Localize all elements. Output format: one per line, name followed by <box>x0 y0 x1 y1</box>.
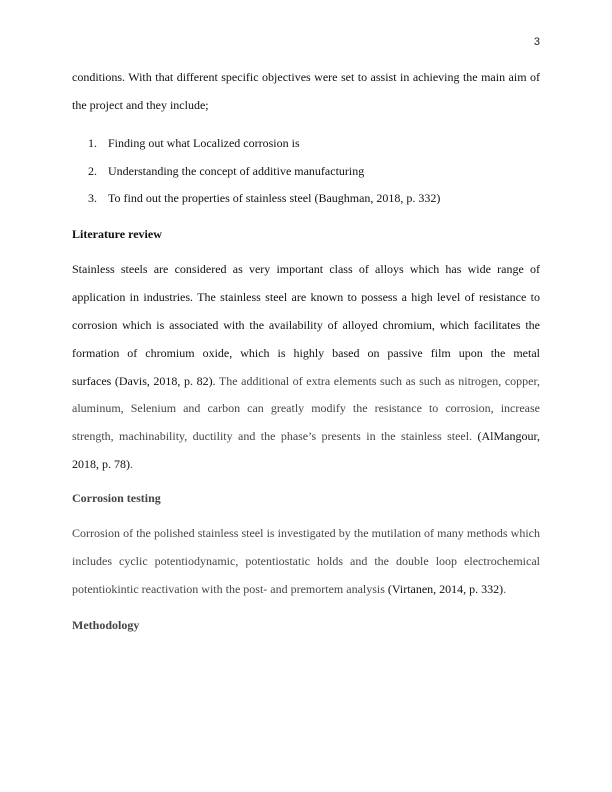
lit-line-2: application in industries. The stainless… <box>72 290 540 304</box>
list-number: 3. <box>88 191 108 205</box>
objective-item-3: 3.To find out the properties of stainles… <box>88 191 440 205</box>
methodology-heading: Methodology <box>72 618 540 632</box>
intro-line-1: conditions. With that different specific… <box>72 70 540 84</box>
intro-line-2: the project and they include; <box>72 98 540 112</box>
list-text: Understanding the concept of additive ma… <box>108 164 364 178</box>
objective-item-2: 2.Understanding the concept of additive … <box>88 164 364 178</box>
list-number: 1. <box>88 136 108 150</box>
lit-line-1: Stainless steels are considered as very … <box>72 262 540 276</box>
list-text: To find out the properties of stainless … <box>108 191 440 205</box>
lit-line-5: surfaces (Davis, 2018, p. 82). The addit… <box>72 374 540 388</box>
lit-line-6: aluminum, Selenium and carbon can greatl… <box>72 401 540 415</box>
citation-almangour: (AlMangour, <box>472 429 540 443</box>
ct-line-3: potentiokintic reactivation with the pos… <box>72 582 540 596</box>
period: . <box>503 582 506 596</box>
ct-line-3-text: potentiokintic reactivation with the pos… <box>72 582 388 596</box>
lit-line-8: 2018, p. 78). <box>72 457 540 471</box>
objective-item-1: 1.Finding out what Localized corrosion i… <box>88 136 300 150</box>
document-page: 3 conditions. With that different specif… <box>0 0 612 792</box>
page-number: 3 <box>534 36 540 48</box>
citation-almangour-cont: 2018, p. 78) <box>72 457 130 471</box>
lit-line-3: corrosion which is associated with the a… <box>72 318 540 332</box>
period: . <box>130 457 133 471</box>
ct-line-2: includes cyclic potentiodynamic, potenti… <box>72 554 540 568</box>
citation-davis: surfaces (Davis, 2018, p. 82). <box>72 374 216 388</box>
lit-line-4: formation of chromium oxide, which is hi… <box>72 346 540 360</box>
lit-line-7-text: strength, machinability, ductility and t… <box>72 429 472 443</box>
citation-virtanen: (Virtanen, 2014, p. 332) <box>388 582 503 596</box>
lit-line-5-text: The additional of extra elements such as… <box>216 374 540 388</box>
lit-line-7: strength, machinability, ductility and t… <box>72 429 540 443</box>
corrosion-testing-heading: Corrosion testing <box>72 491 540 505</box>
list-text: Finding out what Localized corrosion is <box>108 136 300 150</box>
ct-line-1: Corrosion of the polished stainless stee… <box>72 526 540 540</box>
literature-review-heading: Literature review <box>72 227 540 241</box>
list-number: 2. <box>88 164 108 178</box>
